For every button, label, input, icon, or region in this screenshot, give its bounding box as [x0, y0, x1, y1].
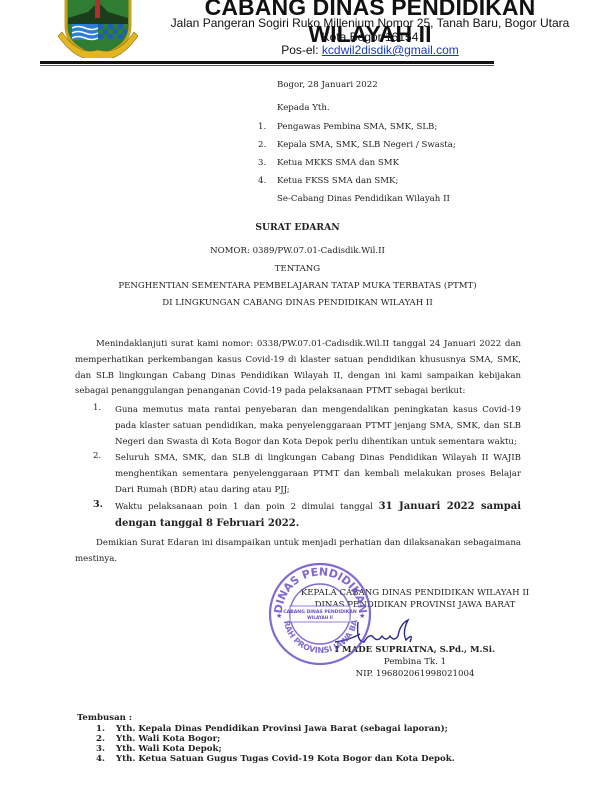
about-line-1: PENGHENTIAN SEMENTARA PEMBELAJARAN TATAP… — [0, 281, 595, 292]
institution-city: Kota Bogor 16154 — [140, 30, 595, 44]
cc-title: Tembusan : — [77, 713, 132, 723]
email-label: Pos-el: — [281, 43, 318, 57]
recipient-item: 4.Ketua FKSS SMA dan SMK; — [258, 176, 398, 187]
about-label: TENTANG — [0, 264, 595, 275]
svg-text:★: ★ — [276, 612, 282, 620]
institution-address: Jalan Pangeran Sogiri Ruko Millenium Nom… — [140, 16, 595, 30]
recipient-item: 1.Pengawas Pembina SMA, SMK, SLB; — [258, 122, 437, 133]
intro-paragraph: Menindaklanjuti surat kami nomor: 0338/P… — [75, 337, 521, 400]
cc-item: 3.Yth. Wali Kota Depok; — [96, 744, 222, 754]
recipient-item: 3.Ketua MKKS SMA dan SMK — [258, 158, 399, 169]
cc-item: 4.Yth. Ketua Satuan Gugus Tugas Covid-19… — [96, 754, 455, 764]
salutation: Kepada Yth. — [277, 103, 330, 114]
document-number: NOMOR: 0389/PW.07.01-Cadisdik.Wil.II — [0, 246, 595, 257]
cc-item: 2.Yth. Wali Kota Bogor; — [96, 734, 220, 744]
recipient-item: 2.Kepala SMA, SMK, SLB Negeri / Swasta; — [258, 140, 456, 151]
coat-of-arms-logo-icon — [58, 0, 138, 58]
email-link[interactable]: kcdwil2disdik@gmail.com — [322, 43, 459, 57]
letterhead-divider — [40, 61, 494, 64]
place-date: Bogor, 28 Januari 2022 — [277, 80, 378, 91]
cc-item: 1.Yth. Kepala Dinas Pendidikan Provinsi … — [96, 724, 448, 734]
svg-text:★: ★ — [359, 612, 365, 620]
signatory-nip: NIP. 196802061998021004 — [280, 669, 550, 680]
about-line-2: DI LINGKUNGAN CABANG DINAS PENDIDIKAN WI… — [0, 298, 595, 309]
svg-text:WILAYAH II: WILAYAH II — [307, 615, 333, 620]
official-stamp-icon: DINAS PENDIDIKAN DAERAH PROVINSI JAWA BA… — [268, 562, 373, 667]
institution-email-line: Pos-el: kcdwil2disdik@gmail.com — [140, 43, 595, 57]
letterhead-divider-thin — [40, 65, 494, 66]
document-title: SURAT EDARAN — [0, 222, 595, 233]
recipient-region: Se-Cabang Dinas Pendidikan Wilayah II — [277, 194, 450, 205]
